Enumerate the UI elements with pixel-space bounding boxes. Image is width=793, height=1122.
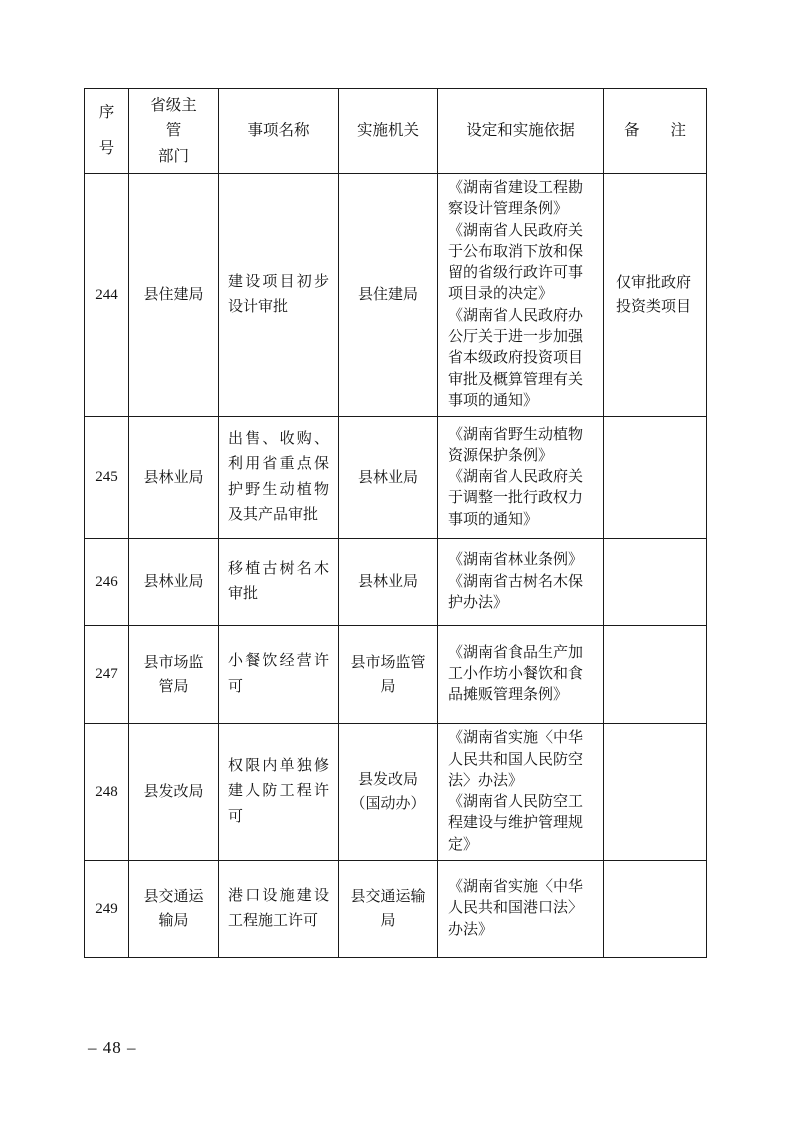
- cell-legal-basis: 《湖南省实施〈中华人民共和国港口法〉办法》: [438, 861, 604, 958]
- cell-remarks: [604, 626, 707, 724]
- header-serial-number: 序 号: [85, 89, 129, 174]
- cell-item-name: 港口设施建设工程施工许可: [219, 861, 339, 958]
- cell-legal-basis: 《湖南省建设工程勘察设计管理条例》 《湖南省人民政府关于公布取消下放和保留的省级…: [438, 174, 604, 417]
- header-item-name: 事项名称: [219, 89, 339, 174]
- cell-item-name: 出售、收购、利用省重点保护野生动植物及其产品审批: [219, 417, 339, 539]
- table-row: 245 县林业局 出售、收购、利用省重点保护野生动植物及其产品审批 县林业局 《…: [85, 417, 707, 539]
- document-page: 序 号 省级主 管 部门 事项名称 实施机关 设定和实施依据 备 注 244 县…: [0, 0, 793, 1122]
- cell-agency: 县市场监管局: [339, 626, 438, 724]
- cell-legal-basis: 《湖南省食品生产加工小作坊小餐饮和食品摊贩管理条例》: [438, 626, 604, 724]
- cell-remarks: 仅审批政府投资类项目: [604, 174, 707, 417]
- cell-remarks: [604, 724, 707, 861]
- cell-legal-basis: 《湖南省实施〈中华人民共和国人民防空法〉办法》 《湖南省人民防空工程建设与维护管…: [438, 724, 604, 861]
- header-implementing-agency: 实施机关: [339, 89, 438, 174]
- table-header-row: 序 号 省级主 管 部门 事项名称 实施机关 设定和实施依据 备 注: [85, 89, 707, 174]
- cell-department: 县住建局: [129, 174, 219, 417]
- table-row: 247 县市场监管局 小餐饮经营许可 县市场监管局 《湖南省食品生产加工小作坊小…: [85, 626, 707, 724]
- cell-serial-number: 248: [85, 724, 129, 861]
- cell-agency: 县发改局 （国动办）: [339, 724, 438, 861]
- cell-department: 县发改局: [129, 724, 219, 861]
- table-row: 248 县发改局 权限内单独修建人防工程许可 县发改局 （国动办） 《湖南省实施…: [85, 724, 707, 861]
- cell-serial-number: 246: [85, 539, 129, 626]
- cell-serial-number: 247: [85, 626, 129, 724]
- admin-items-table: 序 号 省级主 管 部门 事项名称 实施机关 设定和实施依据 备 注 244 县…: [84, 88, 707, 958]
- table-row: 244 县住建局 建设项目初步设计审批 县住建局 《湖南省建设工程勘察设计管理条…: [85, 174, 707, 417]
- cell-remarks: [604, 539, 707, 626]
- cell-department: 县林业局: [129, 539, 219, 626]
- cell-item-name: 移植古树名木审批: [219, 539, 339, 626]
- cell-agency: 县林业局: [339, 417, 438, 539]
- cell-legal-basis: 《湖南省野生动植物资源保护条例》 《湖南省人民政府关于调整一批行政权力事项的通知…: [438, 417, 604, 539]
- cell-agency: 县林业局: [339, 539, 438, 626]
- cell-agency: 县交通运输局: [339, 861, 438, 958]
- cell-item-name: 小餐饮经营许可: [219, 626, 339, 724]
- cell-department: 县市场监管局: [129, 626, 219, 724]
- header-provincial-department: 省级主 管 部门: [129, 89, 219, 174]
- cell-agency: 县住建局: [339, 174, 438, 417]
- cell-serial-number: 249: [85, 861, 129, 958]
- table-row: 246 县林业局 移植古树名木审批 县林业局 《湖南省林业条例》 《湖南省古树名…: [85, 539, 707, 626]
- cell-serial-number: 245: [85, 417, 129, 539]
- header-legal-basis: 设定和实施依据: [438, 89, 604, 174]
- cell-serial-number: 244: [85, 174, 129, 417]
- table-row: 249 县交通运输局 港口设施建设工程施工许可 县交通运输局 《湖南省实施〈中华…: [85, 861, 707, 958]
- cell-remarks: [604, 417, 707, 539]
- cell-department: 县林业局: [129, 417, 219, 539]
- cell-department: 县交通运输局: [129, 861, 219, 958]
- cell-item-name: 建设项目初步设计审批: [219, 174, 339, 417]
- cell-remarks: [604, 861, 707, 958]
- cell-legal-basis: 《湖南省林业条例》 《湖南省古树名木保护办法》: [438, 539, 604, 626]
- header-remarks: 备 注: [604, 89, 707, 174]
- page-number: – 48 –: [88, 1038, 137, 1058]
- cell-item-name: 权限内单独修建人防工程许可: [219, 724, 339, 861]
